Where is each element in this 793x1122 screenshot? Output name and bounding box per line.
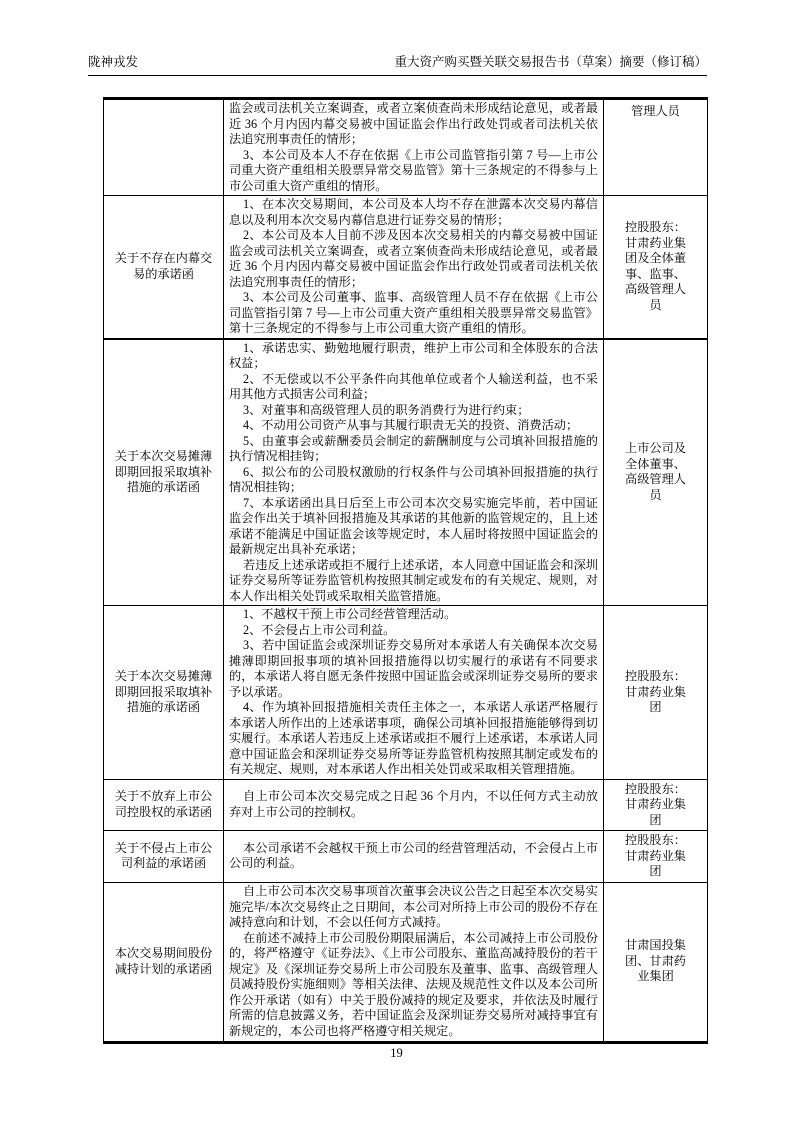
- row-content-cell: 本公司承诺不会越权干预上市公司的经营管理活动，不会侵占上市公司的利益。: [224, 831, 604, 883]
- party-text: 上市公司及全体董事、高级管理人员: [625, 441, 687, 503]
- row-party-cell: 控股股东：甘肃药业集团: [604, 831, 708, 883]
- paragraph: 在前述不减持上市公司股份期限届满后，本公司减持上市公司股份的，将严格遵守《证券法…: [229, 931, 598, 1040]
- paragraph: 2、不无偿或以不公平条件向其他单位或者个人输送利益，也不采用其他方式损害公司利益…: [229, 372, 598, 403]
- table-row: 关于不放弃上市公司控股权的承诺函 自上市公司本次交易完成之日起 36 个月内，不…: [104, 779, 708, 831]
- row-label-cell: 关于本次交易摊薄即期回报采取填补措施的承诺函: [104, 606, 224, 780]
- paragraph: 自上市公司本次交易完成之日起 36 个月内，不以任何方式主动放弃对上市公司的控制…: [229, 789, 598, 820]
- paragraph: 5、由董事会或薪酬委员会制定的薪酬制度与公司填补回报措施的执行情况相挂钩；: [229, 434, 598, 465]
- paragraph: 3、对董事和高级管理人员的职务消费行为进行约束；: [229, 403, 598, 419]
- paragraph: 3、本公司及公司董事、监事、高级管理人员不存在依据《上市公司监管指引第 7 号—…: [229, 290, 598, 337]
- row-label-cell: 关于本次交易摊薄即期回报采取填补措施的承诺函: [104, 339, 224, 606]
- paragraph: 监会或司法机关立案调查，或者立案侦查尚未形成结论意见，或者最近 36 个月内因内…: [229, 101, 598, 148]
- row-party-cell: 控股股东：甘肃药业集团: [604, 606, 708, 780]
- paragraph: 2、不会侵占上市公司利益。: [229, 623, 598, 639]
- page-header: 陇神戎发 重大资产购买暨关联交易报告书（草案）摘要（修订稿）: [88, 52, 707, 76]
- party-text: 控股股东：甘肃药业集团: [625, 782, 687, 829]
- party-text: 管理人员: [625, 104, 687, 120]
- row-label-cell: 关于不放弃上市公司控股权的承诺函: [104, 779, 224, 831]
- header-document-title: 重大资产购买暨关联交易报告书（草案）摘要（修订稿）: [394, 52, 707, 70]
- paragraph: 自上市公司本次交易事项首次董事会决议公告之日起至本次交易实施完毕/本次交易终止之…: [229, 884, 598, 931]
- commitments-table: 监会或司法机关立案调查，或者立案侦查尚未形成结论意见，或者最近 36 个月内因内…: [103, 97, 708, 1044]
- party-text: 甘肃国投集团、甘肃药业集团: [625, 938, 687, 985]
- row-content-cell: 监会或司法机关立案调查，或者立案侦查尚未形成结论意见，或者最近 36 个月内因内…: [224, 99, 604, 196]
- table-row: 本次交易期间股份减持计划的承诺函 自上市公司本次交易事项首次董事会决议公告之日起…: [104, 882, 708, 1042]
- row-content-cell: 1、不越权干预上市公司经营管理活动。 2、不会侵占上市公司利益。 3、若中国证监…: [224, 606, 604, 780]
- row-party-cell: 控股股东：甘肃药业集团: [604, 779, 708, 831]
- header-company-name: 陇神戎发: [88, 52, 138, 70]
- table-row: 关于不侵占上市公司利益的承诺函 本公司承诺不会越权干预上市公司的经营管理活动，不…: [104, 831, 708, 883]
- row-label-cell: 本次交易期间股份减持计划的承诺函: [104, 882, 224, 1042]
- row-content-cell: 1、在本次交易期间，本公司及本人均不存在泄露本次交易内幕信息以及利用本次交易内幕…: [224, 196, 604, 339]
- paragraph: 7、本承诺函出具日后至上市公司本次交易实施完毕前，若中国证监会作出关于填补回报措…: [229, 496, 598, 558]
- paragraph: 6、拟公布的公司股权激励的行权条件与公司填补回报措施的执行情况相挂钩；: [229, 465, 598, 496]
- party-text: 控股股东：甘肃药业集团: [625, 833, 687, 880]
- party-text: 控股股东：甘肃药业集团: [625, 669, 687, 716]
- document-page: 陇神戎发 重大资产购买暨关联交易报告书（草案）摘要（修订稿） 监会或司法机关立案…: [0, 0, 793, 1122]
- party-text: 控股股东：甘肃药业集团及全体董事、监事、高级管理人员: [625, 220, 687, 313]
- row-label-cell: 关于不侵占上市公司利益的承诺函: [104, 831, 224, 883]
- row-content-cell: 自上市公司本次交易完成之日起 36 个月内，不以任何方式主动放弃对上市公司的控制…: [224, 779, 604, 831]
- paragraph: 3、若中国证监会或深圳证券交易所对本承诺人有关确保本次交易摊薄即期回报事项的填补…: [229, 638, 598, 700]
- row-label-cell: 关于不存在内幕交易的承诺函: [104, 196, 224, 339]
- row-party-cell: 甘肃国投集团、甘肃药业集团: [604, 882, 708, 1042]
- row-party-cell: 上市公司及全体董事、高级管理人员: [604, 339, 708, 606]
- paragraph: 2、本公司及本人目前不涉及因本次交易相关的内幕交易被中国证监会或司法机关立案调查…: [229, 228, 598, 290]
- table-row: 监会或司法机关立案调查，或者立案侦查尚未形成结论意见，或者最近 36 个月内因内…: [104, 99, 708, 196]
- table-row: 关于本次交易摊薄即期回报采取填补措施的承诺函 1、不越权干预上市公司经营管理活动…: [104, 606, 708, 780]
- paragraph: 1、承诺忠实、勤勉地履行职责，维护上市公司和全体股东的合法权益；: [229, 341, 598, 372]
- paragraph: 若违反上述承诺或拒不履行上述承诺，本人同意中国证监会和深圳证券交易所等证券监管机…: [229, 558, 598, 605]
- table-row: 关于本次交易摊薄即期回报采取填补措施的承诺函 1、承诺忠实、勤勉地履行职责，维护…: [104, 339, 708, 606]
- paragraph: 4、不动用公司资产从事与其履行职责无关的投资、消费活动；: [229, 418, 598, 434]
- paragraph: 1、不越权干预上市公司经营管理活动。: [229, 607, 598, 623]
- paragraph: 3、本公司及本人不存在依据《上市公司监管指引第 7 号—上市公司重大资产重组相关…: [229, 148, 598, 195]
- paragraph: 1、在本次交易期间，本公司及本人均不存在泄露本次交易内幕信息以及利用本次交易内幕…: [229, 197, 598, 228]
- table-row: 关于不存在内幕交易的承诺函 1、在本次交易期间，本公司及本人均不存在泄露本次交易…: [104, 196, 708, 339]
- row-content-cell: 1、承诺忠实、勤勉地履行职责，维护上市公司和全体股东的合法权益； 2、不无偿或以…: [224, 339, 604, 606]
- row-party-cell: 控股股东：甘肃药业集团及全体董事、监事、高级管理人员: [604, 196, 708, 339]
- row-label-cell: [104, 99, 224, 196]
- page-number: 19: [0, 1046, 793, 1061]
- paragraph: 4、作为填补回报措施相关责任主体之一，本承诺人承诺严格履行本承诺人所作出的上述承…: [229, 700, 598, 778]
- row-party-cell: 管理人员: [604, 99, 708, 196]
- paragraph: 本公司承诺不会越权干预上市公司的经营管理活动，不会侵占上市公司的利益。: [229, 841, 598, 872]
- row-content-cell: 自上市公司本次交易事项首次董事会决议公告之日起至本次交易实施完毕/本次交易终止之…: [224, 882, 604, 1042]
